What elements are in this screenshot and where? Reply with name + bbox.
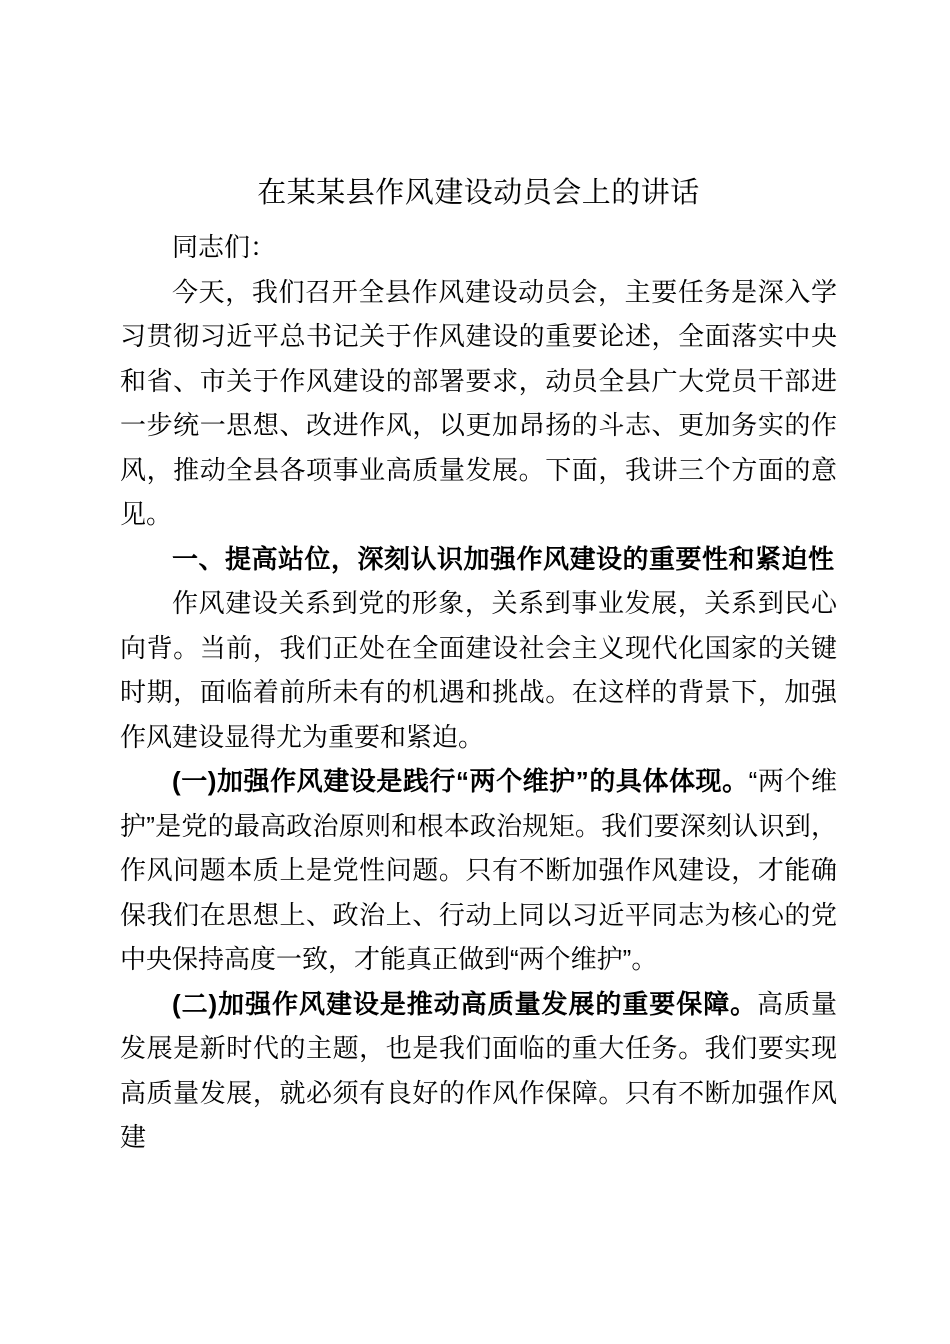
point-2-lead: (二)加强作风建设是推动高质量发展的重要保障。 (172, 989, 757, 1019)
section-1-paragraph: 作风建设关系到党的形象，关系到事业发展，关系到民心向背。当前，我们正处在全面建设… (120, 581, 837, 759)
point-1-paragraph: (一)加强作风建设是践行“两个维护”的具体体现。“两个维护”是党的最高政治原则和… (120, 759, 837, 982)
document-title: 在某某县作风建设动员会上的讲话 (120, 178, 837, 209)
salutation: 同志们： (120, 225, 837, 270)
intro-paragraph: 今天，我们召开全县作风建设动员会，主要任务是深入学习贯彻习近平总书记关于作风建设… (120, 270, 837, 537)
point-2-paragraph: (二)加强作风建设是推动高质量发展的重要保障。高质量发展是新时代的主题，也是我们… (120, 982, 837, 1160)
document-page: 在某某县作风建设动员会上的讲话 同志们： 今天，我们召开全县作风建设动员会，主要… (0, 0, 950, 1344)
point-1-body: “两个维护”是党的最高政治原则和根本政治规矩。我们要深刻认识到，作风问题本质上是… (120, 766, 837, 974)
point-1-lead: (一)加强作风建设是践行“两个维护”的具体体现。 (172, 766, 749, 796)
section-1-heading: 一、提高站位，深刻认识加强作风建设的重要性和紧迫性 (120, 537, 837, 582)
